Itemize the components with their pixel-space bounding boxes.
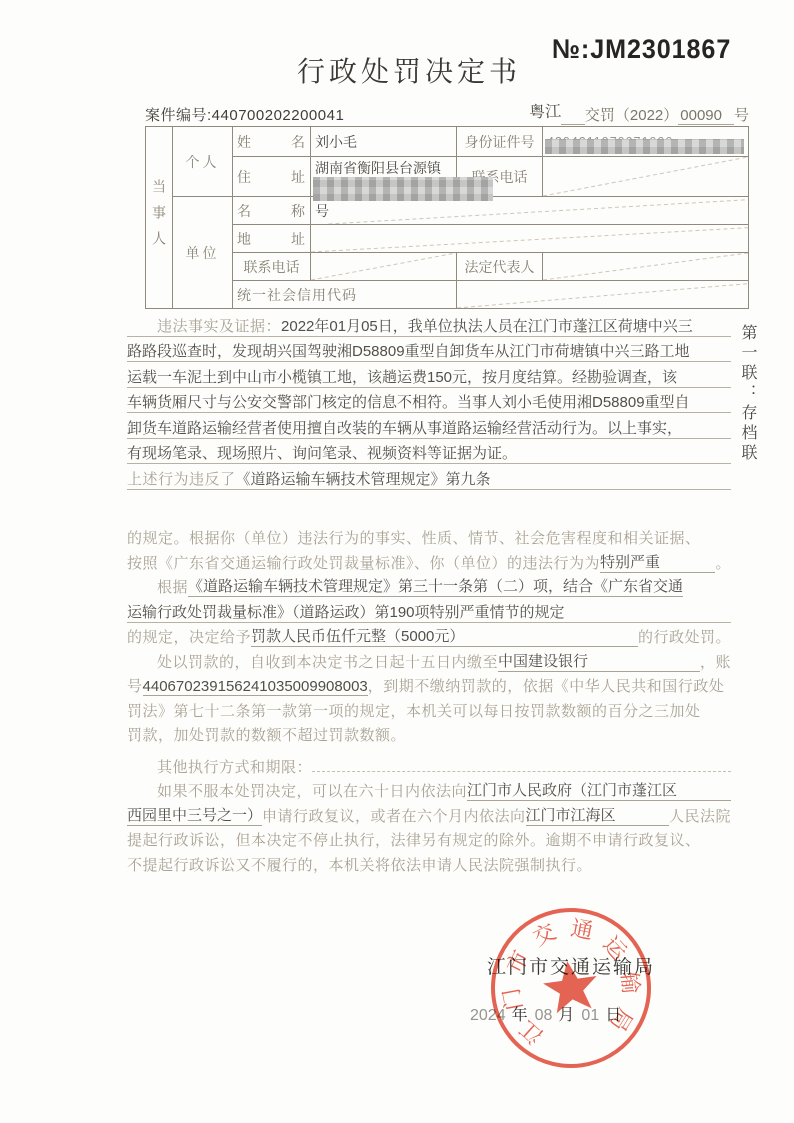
doc-type: 交罚（2022）: [585, 104, 678, 125]
text-segment: 特别严重: [600, 551, 680, 573]
phone-value-cell: [543, 157, 749, 197]
case-number-line: 案件编号:440700202200041 粤江 交罚（2022） 00090 号: [145, 102, 749, 125]
body-line: 的规定。根据你（单位）违法行为的事实、性质、情节、社会危害程度和相关证据、: [127, 524, 731, 549]
body-line: 根据《道路运输车辆技术管理规定》第三十一条第（二）项，结合《广东省交通: [127, 573, 731, 598]
blank-slash: [311, 253, 456, 280]
org-address-label: 地 址: [233, 225, 311, 253]
party-label: 当事人: [146, 127, 173, 309]
text-segment: 440670239156241035009908003: [143, 678, 368, 696]
text-segment: 的行政处罚。: [638, 626, 731, 647]
body-line: 罚款，加处罚款的数额不超过罚款数额。: [127, 721, 731, 746]
credit-code-label: 统一社会信用代码: [233, 281, 457, 309]
doc-suffix: 号: [734, 104, 749, 125]
org-name-value: 号: [315, 203, 329, 219]
text-segment: 按照《广东省交通运输行政处罚裁量标准》、你（单位）的违法行为为: [127, 552, 600, 573]
text-segment: 2022年01月05日，我单位执法人员在江门市蓬江区荷塘中兴三: [281, 315, 693, 336]
seal-char: 门: [498, 986, 527, 1012]
org-phone-label: 联系电话: [233, 253, 311, 281]
penalty-decision-document: 行政处罚决定书 №:JM2301867 案件编号:440700202200041…: [0, 0, 794, 1123]
text-segment: ，到期不缴纳罚款的，依据《中华人民共和国行政处: [368, 675, 725, 696]
body: 违法事实及证据：2022年01月05日，我单位执法人员在江门市蓬江区荷塘中兴三路…: [127, 311, 731, 875]
text-segment: 不提起行政诉讼又不履行的，本机关将依法申请人民法院强制执行。: [127, 854, 592, 875]
text-segment: 其他执行方式和期限：: [157, 756, 312, 777]
name-value: 刘小毛: [311, 127, 457, 157]
blank-slash: [457, 281, 748, 308]
text-segment: [464, 646, 638, 647]
text-segment: 根据: [157, 576, 188, 597]
text-segment: 罚款，加处罚款的数额不超过罚款数额。: [127, 724, 406, 745]
case-number: 案件编号:440700202200041: [145, 104, 344, 125]
official-seal: 江门市交通运输局: [474, 891, 668, 1085]
text-segment: 运载一车泥土到中山市小榄镇工地，该趟运费150元，按月度结算。经勘验调查，该: [127, 366, 677, 387]
serial-number: №:JM2301867: [552, 34, 731, 65]
seal-char: 市: [502, 946, 534, 977]
body-line: 运载一车泥土到中山市小榄镇工地，该趟运费150元，按月度结算。经勘验调查，该: [127, 362, 731, 388]
redaction-mosaic: [545, 139, 744, 154]
text-segment: [312, 771, 731, 772]
text-segment: 如果不服本处罚决定，可以在六十日内依法向: [157, 780, 467, 801]
text-segment: 提起行政诉讼，但本决定不停止执行，法律另有规定的除外。逾期不申请行政复议、: [127, 829, 701, 850]
text-segment: 的规定。根据你（单位）违法行为的事实、性质、情节、社会危害程度和相关证据、: [127, 527, 701, 548]
text-segment: 人民法院: [669, 805, 731, 826]
body-line: 的规定，决定给予罚款人民币伍仟元整（5000元）的行政处罚。: [127, 623, 731, 648]
seal-char: 局: [605, 1004, 638, 1036]
org-group-label: 单位: [173, 197, 233, 309]
body-line: 处以罚款的，自收到本决定书之日起十五日内缴至中国建设银行，账: [127, 647, 731, 672]
text-segment: 路路段巡查时，发现胡兴国驾驶湘D58809重型自卸货车从江门市荷塘镇中兴三路工地: [127, 340, 690, 361]
org-phone-value-cell: [311, 253, 457, 281]
page-title: 行政处罚决定书: [297, 50, 521, 90]
text-segment: 中国建设银行: [498, 650, 588, 672]
text-segment: 卸货车道路运输经营者使用擅自改装的车辆从事道路运输经营活动行为。以上事实，: [127, 417, 682, 438]
text-segment: 车辆货厢尺寸与公安交警部门核定的信息不相符。当事人刘小毛使用湘D58809重型自: [127, 391, 690, 412]
text-segment: [680, 572, 715, 573]
legal-rep-value-cell: [543, 253, 749, 281]
text-segment: 江门市江海区: [526, 804, 636, 826]
text-segment: 有现场笔录、现场照片、询问笔录、视频资料等证据为证。: [127, 442, 517, 463]
text-segment: [636, 825, 669, 826]
text-segment: 运输行政处罚裁量标准》（道路运政）第190项特别严重情节的规定: [127, 601, 565, 622]
doc-region: 粤江: [528, 98, 561, 122]
blank-slash: [543, 253, 748, 280]
case-number-label: 案件编号:: [145, 107, 212, 124]
body-line: 不提起行政诉讼又不履行的，本机关将依法申请人民法院强制执行。: [127, 850, 731, 875]
blank-slash: [311, 225, 748, 252]
text-segment: 申请行政复议，或者在六个月内依法向: [262, 805, 526, 826]
blank-slash: [311, 197, 748, 224]
party-info-table: 当事人 个人 姓 名 刘小毛 身份证件号 4304211970071900 住 …: [145, 126, 749, 309]
case-number-value: 440700202200041: [212, 107, 345, 124]
text-segment: 《道路运输车辆技术管理规定》第三十一条第（二）项，结合《广东省交通: [188, 575, 683, 597]
body-line: 卸货车道路运输经营者使用擅自改装的车辆从事道路运输经营活动行为。以上事实，: [127, 413, 731, 439]
org-address-value-cell: [311, 225, 749, 253]
body-line: 罚法》第七十二条第一款第一项的规定，本机关可以每日按罚款数额的百分之三加处: [127, 696, 731, 721]
body-line: 车辆货厢尺寸与公安交警部门核定的信息不相符。当事人刘小毛使用湘D58809重型自: [127, 388, 731, 414]
doc-number: 00090: [678, 107, 724, 125]
text-segment: 。: [715, 552, 731, 573]
redaction-mosaic: [313, 177, 493, 201]
copy-designation-label: 第一联：存档联: [736, 324, 759, 464]
text-segment: 违法事实及证据：: [157, 315, 281, 336]
text-segment: 《道路运输车辆技术管理规定》第九条: [236, 468, 491, 489]
seal-char: 交: [529, 919, 560, 951]
address-value: 湖南省衡阳县台源镇: [315, 160, 441, 176]
id-value-cell: 4304211970071900: [543, 127, 749, 157]
seal-char: 通: [569, 915, 595, 944]
body-line: 按照《广东省交通运输行政处罚裁量标准》、你（单位）的违法行为为特别严重。: [127, 548, 731, 573]
legal-rep-label: 法定代表人: [457, 253, 543, 281]
blank-underline: [724, 124, 734, 125]
person-group-label: 个人: [173, 127, 233, 197]
body-line: 其他执行方式和期限：: [127, 752, 731, 777]
text-segment: [588, 671, 700, 672]
seal-char: 江: [515, 1016, 548, 1049]
blank-underline: [561, 124, 585, 125]
seal-graphic: 江门市交通运输局: [474, 891, 668, 1085]
text-segment: 上述行为违反了: [127, 468, 236, 489]
body-line: 违法事实及证据：2022年01月05日，我单位执法人员在江门市蓬江区荷塘中兴三: [127, 311, 731, 337]
text-segment: 号: [127, 675, 143, 696]
seal-char: 输: [617, 971, 644, 995]
body-line: 号440670239156241035009908003，到期不缴纳罚款的，依据…: [127, 672, 731, 697]
blank-slash: [543, 157, 748, 196]
body-line: 西园里中三号之一）申请行政复议，或者在六个月内依法向江门市江海区人民法院: [127, 801, 731, 826]
body-line: 提起行政诉讼，但本决定不停止执行，法律另有规定的除外。逾期不申请行政复议、: [127, 826, 731, 851]
text-segment: ，账: [700, 651, 731, 672]
text-segment: 西园里中三号之一）: [127, 804, 262, 826]
document-reference: 粤江 交罚（2022） 00090 号: [529, 102, 749, 125]
text-segment: 罚法》第七十二条第一款第一项的规定，本机关可以每日按罚款数额的百分之三加处: [127, 700, 701, 721]
org-name-label: 名 称: [233, 197, 311, 225]
text-segment: 的规定，决定给予: [127, 626, 251, 647]
text-segment: 处以罚款的，自收到本决定书之日起十五日内缴至: [157, 651, 498, 672]
text-segment: 江门市人民政府（江门市蓬江区: [467, 779, 677, 801]
name-label: 姓 名: [233, 127, 311, 157]
body-line: 运输行政处罚裁量标准》（道路运政）第190项特别严重情节的规定: [127, 597, 731, 623]
address-label: 住 址: [233, 157, 311, 197]
body-line: 路路段巡查时，发现胡兴国驾驶湘D58809重型自卸货车从江门市荷塘镇中兴三路工地: [127, 337, 731, 363]
body-line: 有现场笔录、现场照片、询问笔录、视频资料等证据为证。: [127, 439, 731, 465]
body-line: 如果不服本处罚决定，可以在六十日内依法向江门市人民政府（江门市蓬江区: [127, 777, 731, 802]
text-segment: [677, 800, 731, 801]
id-label: 身份证件号: [457, 127, 543, 157]
address-value-cell: 湖南省衡阳县台源镇: [311, 157, 457, 197]
credit-code-value-cell: [457, 281, 749, 309]
body-line: 上述行为违反了《道路运输车辆技术管理规定》第九条: [127, 464, 731, 490]
text-segment: 罚款人民币伍仟元整（5000元）: [251, 625, 464, 647]
seal-star: [541, 958, 601, 1015]
